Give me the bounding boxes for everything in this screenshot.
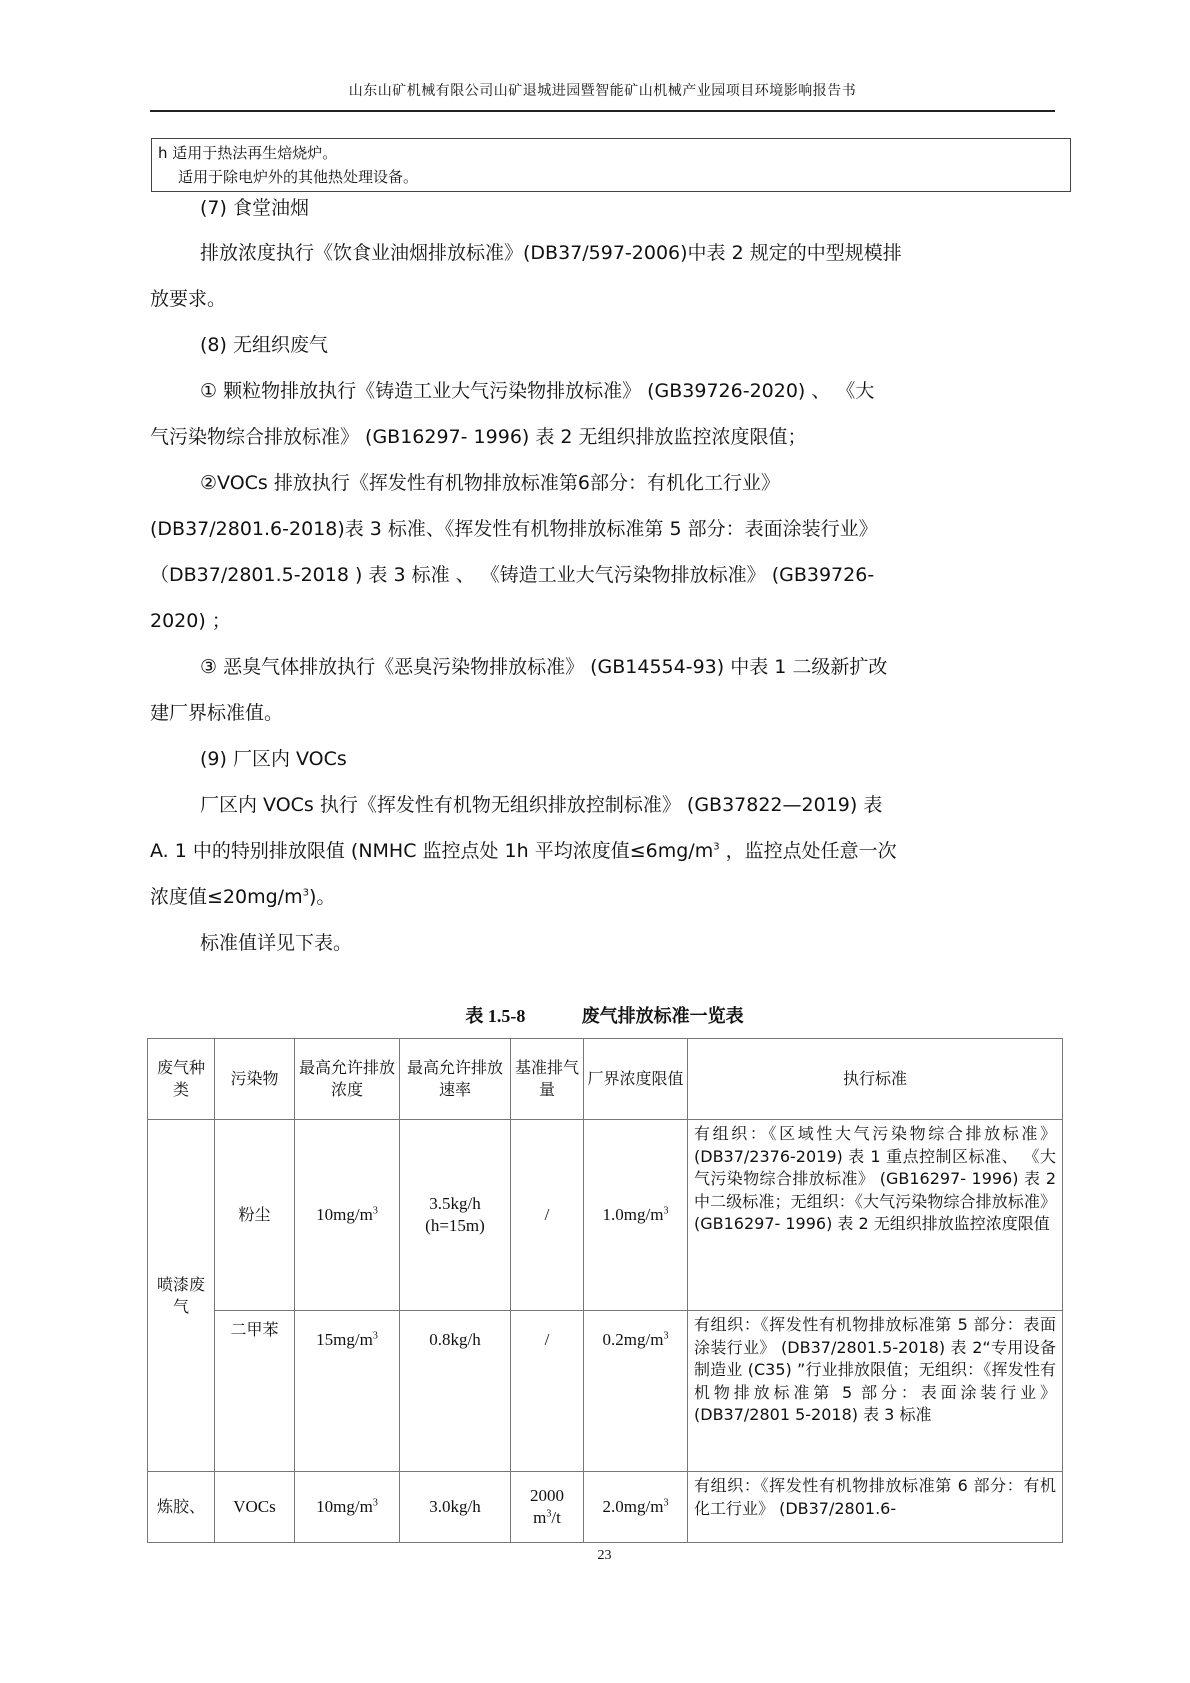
section-8-item1-line1: ① 颗粒物排放执行《铸造工业大气污染物排放标准》 (GB39726-2020) … — [150, 379, 1062, 404]
cell-max-rate: 0.8kg/h — [400, 1311, 511, 1472]
section-9-heading: (9) 厂区内 VOCs — [150, 747, 1062, 772]
col-header-standard: 执行标准 — [688, 1039, 1063, 1120]
table-row: 喷漆废气 粉尘 10mg/m3 3.5kg/h(h=15m) / 1.0mg/m… — [148, 1120, 1063, 1311]
table-number: 表 1.5-8 — [465, 1006, 525, 1026]
section-8-item3-line1: ③ 恶臭气体排放执行《恶臭污染物排放标准》 (GB14554-93) 中表 1 … — [150, 655, 1062, 680]
cell-pollutant: VOCs — [215, 1472, 295, 1543]
cell-max-concentration: 10mg/m3 — [295, 1120, 400, 1311]
table-header-row: 废气种类 污染物 最高允许排放浓度 最高允许排放速率 基准排气量 厂界浓度限值 … — [148, 1039, 1063, 1120]
section-7-body-line2: 放要求。 — [150, 287, 1062, 312]
running-header: 山东山矿机械有限公司山矿退城进园暨智能矿山机械产业园项目环境影响报告书 — [150, 80, 1055, 100]
section-9-body-line3: 浓度值≤20mg/m3)。 — [150, 885, 1062, 910]
col-header-pollutant: 污染物 — [215, 1039, 295, 1120]
col-header-base-volume: 基准排气量 — [511, 1039, 584, 1120]
cell-pollutant: 二甲苯 — [215, 1311, 295, 1472]
table-caption: 表 1.5-8 废气排放标准一览表 — [147, 1002, 1062, 1028]
cell-boundary-limit: 2.0mg/m3 — [584, 1472, 688, 1543]
cell-pollutant: 粉尘 — [215, 1120, 295, 1311]
cell-max-rate: 3.5kg/h(h=15m) — [400, 1120, 511, 1311]
col-header-boundary-limit: 厂界浓度限值 — [584, 1039, 688, 1120]
section-9-body-line1: 厂区内 VOCs 执行《挥发性有机物无组织排放控制标准》 (GB37822—20… — [150, 793, 1062, 818]
cell-boundary-limit: 1.0mg/m3 — [584, 1120, 688, 1311]
col-header-max-concentration: 最高允许排放浓度 — [295, 1039, 400, 1120]
cell-standard: 有组织：《挥发性有机物排放标准第 6 部分：有机化工行业》 (DB37/2801… — [688, 1472, 1063, 1543]
table-row: 炼胶、 VOCs 10mg/m3 3.0kg/h 2000m3/t 2.0mg/… — [148, 1472, 1063, 1543]
section-7-body-line1: 排放浓度执行《饮食业油烟排放标准》(DB37/597-2006)中表 2 规定的… — [150, 241, 1062, 266]
emission-standards-table: 废气种类 污染物 最高允许排放浓度 最高允许排放速率 基准排气量 厂界浓度限值 … — [147, 1038, 1063, 1543]
footnote-box: h 适用于热法再生焙烧炉。 适用于除电炉外的其他热处理设备。 — [151, 138, 1071, 192]
section-8-heading: (8) 无组织废气 — [150, 333, 1062, 358]
footnote-line-h: h 适用于热法再生焙烧炉。 — [158, 141, 1070, 165]
cell-max-concentration: 15mg/m3 — [295, 1311, 400, 1472]
cell-max-concentration: 10mg/m3 — [295, 1472, 400, 1543]
cell-max-rate: 3.0kg/h — [400, 1472, 511, 1543]
section-8-item3-line2: 建厂界标准值。 — [150, 701, 1062, 726]
cell-base-volume: 2000m3/t — [511, 1472, 584, 1543]
section-8-item2-line2: (DB37/2801.6-2018)表 3 标准、《挥发性有机物排放标准第 5 … — [150, 517, 1062, 542]
cell-base-volume: / — [511, 1311, 584, 1472]
section-9-body-line2: A. 1 中的特别排放限值 (NMHC 监控点处 1h 平均浓度值≤6mg/m3… — [150, 839, 1062, 864]
header-rule — [150, 110, 1055, 112]
table-row: 二甲苯 15mg/m3 0.8kg/h / 0.2mg/m3 有组织：《挥发性有… — [148, 1311, 1063, 1472]
section-7-heading: (7) 食堂油烟 — [150, 196, 1062, 221]
cell-standard: 有组织：《区域性大气污染物综合排放标准》 (DB37/2376-2019) 表 … — [688, 1120, 1063, 1311]
section-8-item2-line4: 2020) ； — [150, 609, 1062, 634]
cell-boundary-limit: 0.2mg/m3 — [584, 1311, 688, 1472]
table-title: 废气排放标准一览表 — [582, 1006, 744, 1027]
cell-category: 炼胶、 — [148, 1472, 215, 1543]
col-header-category: 废气种类 — [148, 1039, 215, 1120]
col-header-max-rate: 最高允许排放速率 — [400, 1039, 511, 1120]
section-8-item2-line3: （DB37/2801.5-2018 ) 表 3 标准 、 《铸造工业大气污染物排… — [150, 563, 1062, 588]
cell-standard: 有组织：《挥发性有机物排放标准第 5 部分：表面涂装行业》 (DB37/2801… — [688, 1311, 1063, 1472]
table-intro: 标准值详见下表。 — [150, 931, 1062, 956]
cell-category: 喷漆废气 — [148, 1120, 215, 1472]
page-number: 23 — [147, 1548, 1062, 1564]
section-8-item2-line1: ②VOCs 排放执行《挥发性有机物排放标准第6部分：有机化工行业》 — [150, 471, 1062, 496]
cell-base-volume: / — [511, 1120, 584, 1311]
footnote-line-2: 适用于除电炉外的其他热处理设备。 — [158, 165, 1070, 189]
section-8-item1-line2: 气污染物综合排放标准》 (GB16297- 1996) 表 2 无组织排放监控浓… — [150, 425, 1062, 450]
